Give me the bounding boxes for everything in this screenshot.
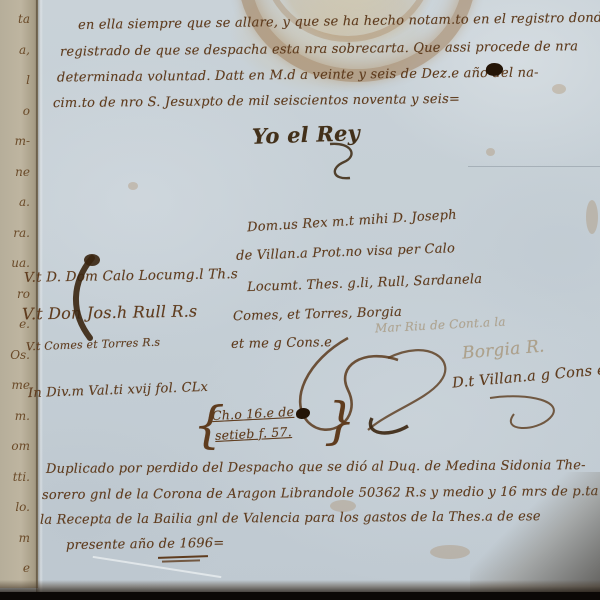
adjacent-page-text-fragments: ta a, l o m- ne a. ra. ua. ro e. Os. me … — [0, 4, 30, 584]
paraph-flourish — [268, 330, 478, 440]
horizontal-crease — [468, 166, 600, 167]
royal-rubric-flourish — [300, 140, 380, 184]
fox-spot — [552, 84, 566, 94]
backing-surface — [0, 592, 600, 600]
bottom-right-corner-shadow — [470, 472, 600, 592]
filing-note-brace-left: { — [193, 396, 225, 454]
fox-spot — [486, 148, 495, 156]
heavy-ink-stroke — [62, 252, 122, 344]
fox-spot — [586, 200, 598, 234]
summary-line: presente año de 1696= — [66, 536, 225, 553]
manuscript-scan: ta a, l o m- ne a. ra. ua. ro e. Os. me … — [0, 0, 600, 600]
fox-spot — [430, 545, 470, 559]
filing-note-brace-right: } — [324, 392, 356, 450]
fox-spot — [128, 182, 138, 190]
page-fold-shadow — [36, 0, 43, 592]
secretary-rubric-flourish — [470, 392, 580, 442]
